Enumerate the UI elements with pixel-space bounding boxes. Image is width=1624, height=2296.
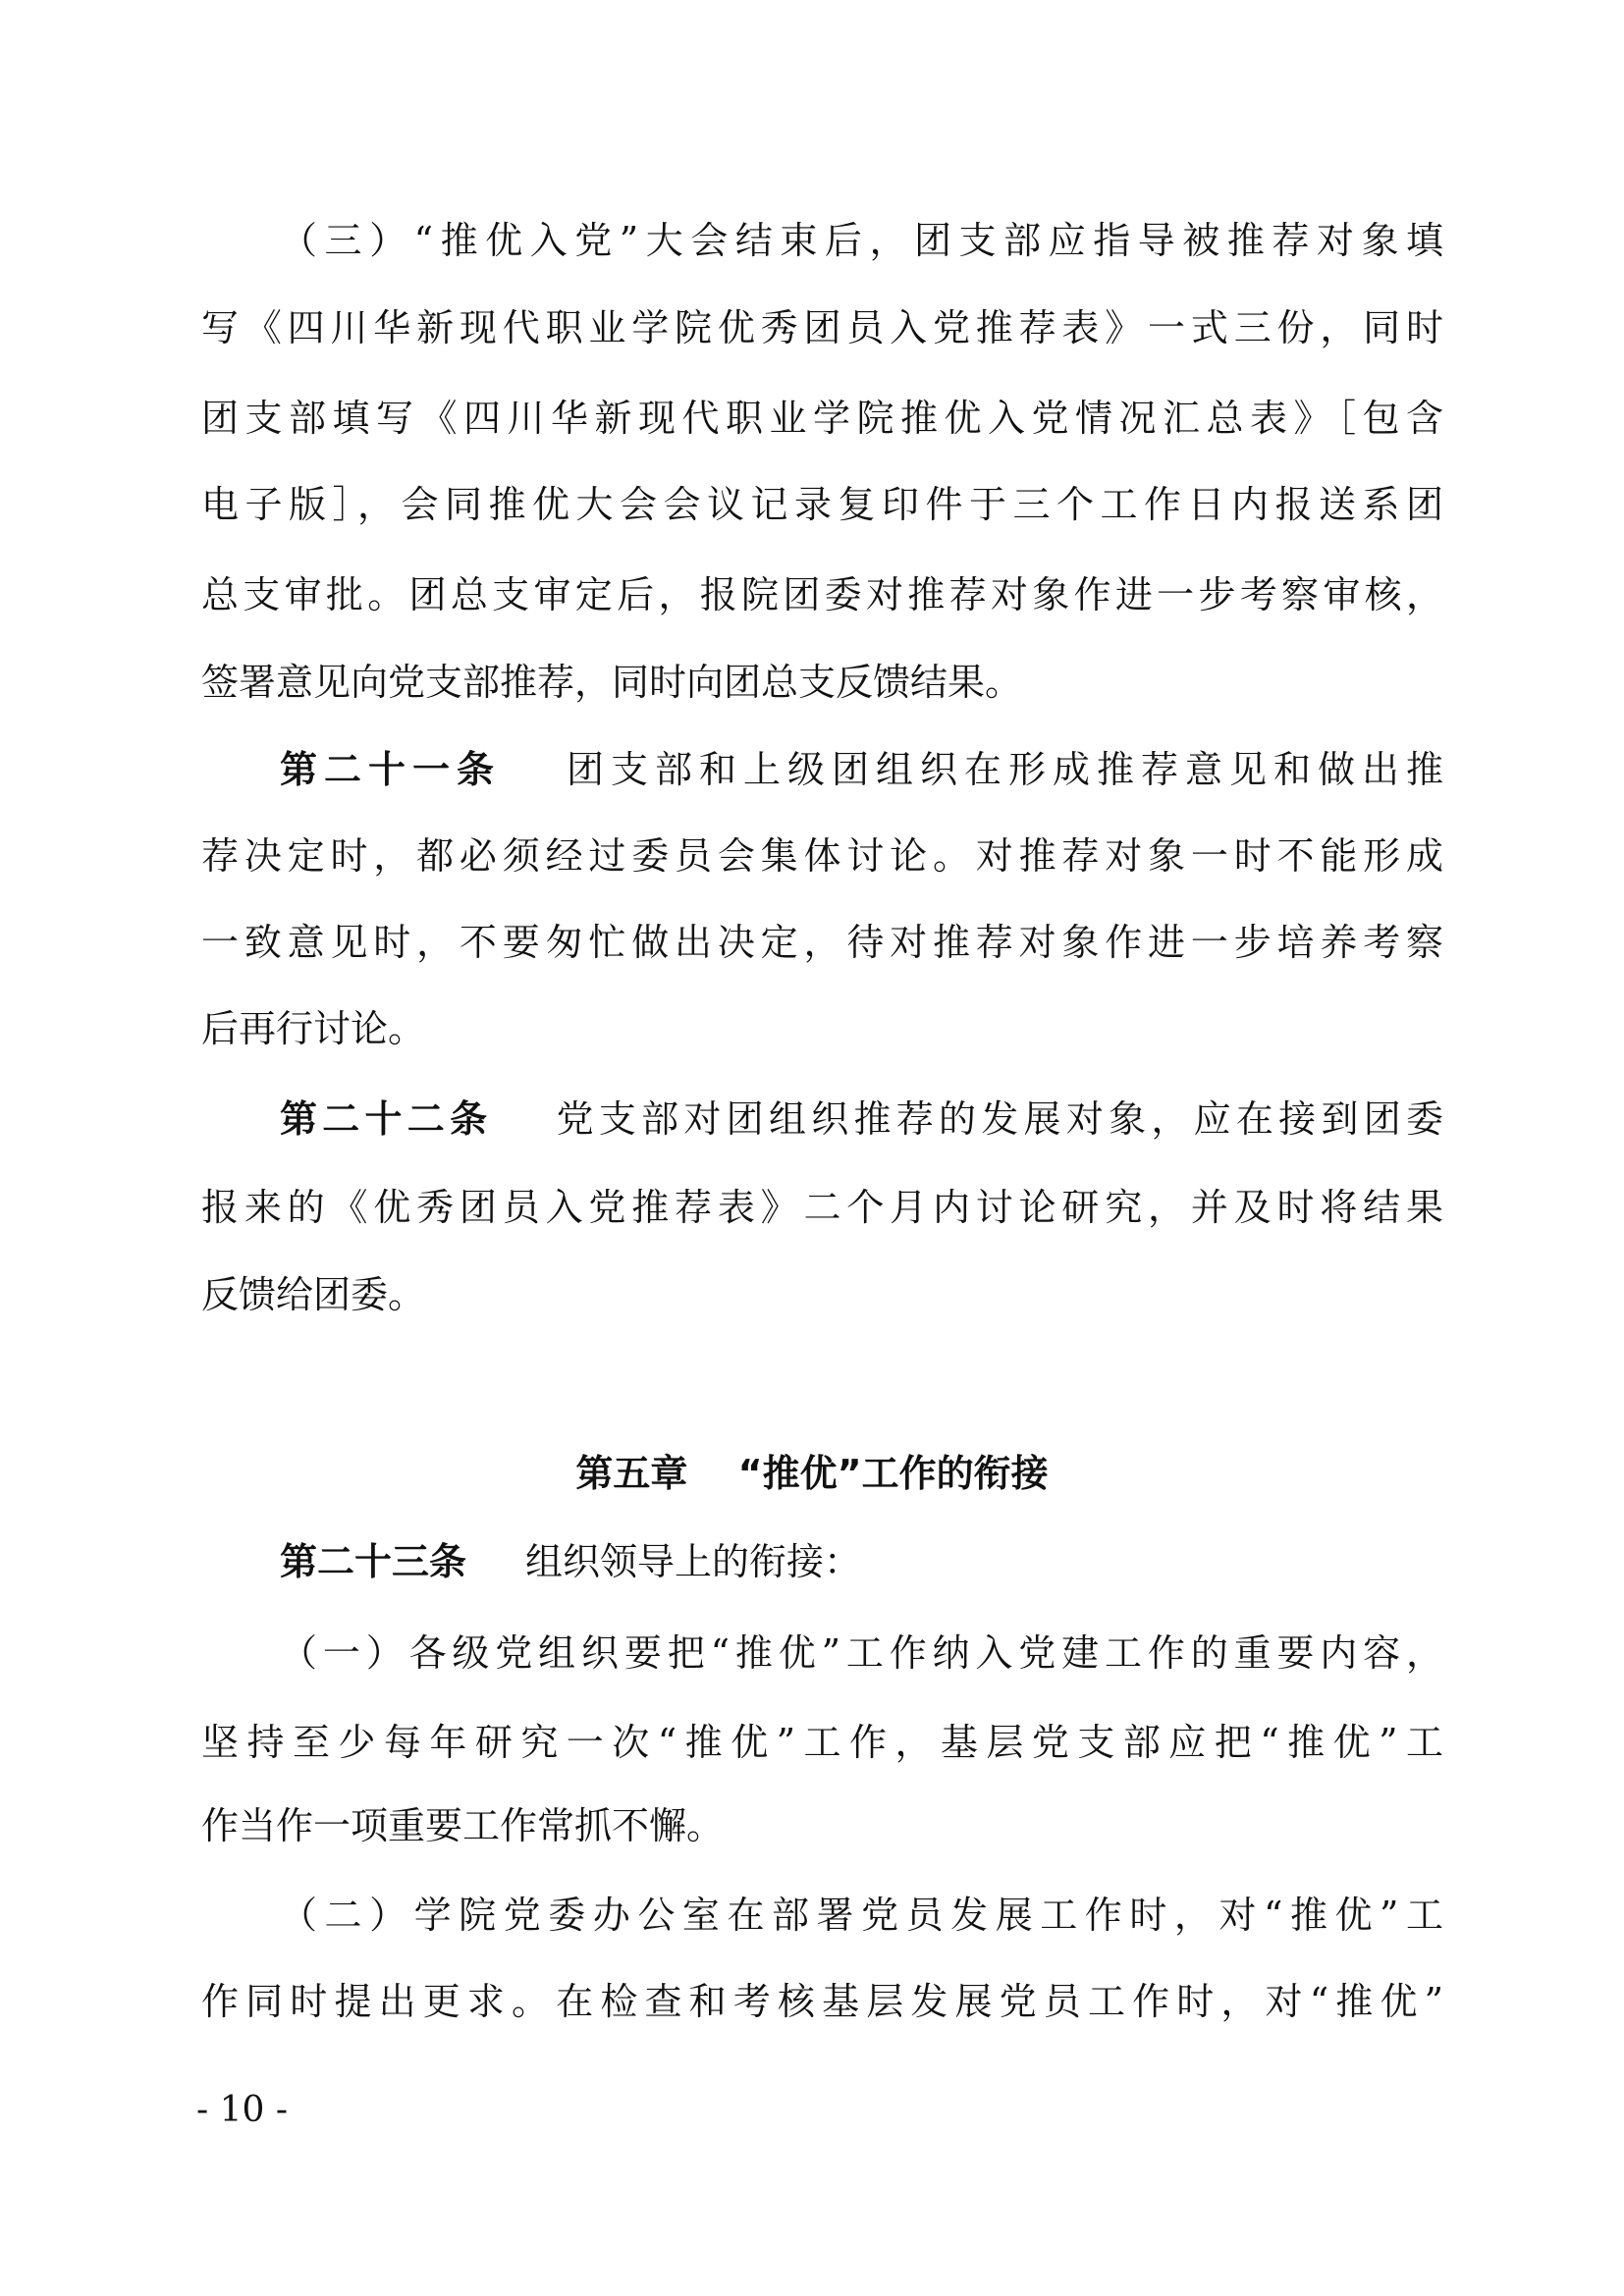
- paragraph-line: 报来的《优秀团员入党推荐表》二个月内讨论研究，并及时将结果: [201, 1186, 1443, 1229]
- article-22-label: 第二十二条: [280, 1097, 492, 1141]
- paragraph-line: 一致意见时，不要匆忙做出决定，待对推荐对象作进一步培养考察: [201, 921, 1443, 964]
- article-21-first-line: 第二十一条团支部和上级团组织在形成推荐意见和做出推: [280, 748, 1443, 791]
- paragraph-line: 写《四川华新现代职业学院优秀团员入党推荐表》一式三份，同时: [201, 306, 1443, 349]
- article-23-text: 组织领导上的衔接：: [525, 1540, 861, 1583]
- paragraph-line: 荐决定时，都必须经过委员会集体讨论。对推荐对象一时不能形成: [201, 834, 1443, 878]
- paragraph-line: 电子版］，会同推优大会会议记录复印件于三个工作日内报送系团: [201, 483, 1443, 526]
- paragraph-line: （二）学院党委办公室在部署党员发展工作时，对“推优”工: [280, 1894, 1443, 1937]
- article-21-label: 第二十一条: [280, 748, 501, 791]
- paragraph-line: 作当作一项重要工作常抓不懈。: [201, 1804, 1443, 1847]
- paragraph-line: 后再行讨论。: [201, 1007, 1443, 1050]
- paragraph-line: （一）各级党组织要把“推优”工作纳入党建工作的重要内容，: [280, 1631, 1443, 1675]
- paragraph-line: 作同时提出更求。在检查和考核基层发展党员工作时，对“推优”: [201, 1980, 1443, 2023]
- paragraph-line: 签署意见向党支部推荐，同时向团总支反馈结果。: [201, 661, 1443, 704]
- article-22-text: 党支部对团组织推荐的发展对象，应在接到团委: [551, 1097, 1443, 1141]
- article-23-first-line: 第二十三条组织领导上的衔接：: [280, 1540, 1443, 1583]
- chapter-heading: 第五章 “推优”工作的衔接: [0, 1452, 1624, 1495]
- article-23-label: 第二十三条: [280, 1540, 466, 1583]
- page-number: - 10 -: [196, 2089, 288, 2132]
- paragraph-line: 总支审批。团总支审定后，报院团委对推荐对象作进一步考察审核，: [201, 573, 1443, 616]
- paragraph-line: 反馈给团委。: [201, 1273, 1443, 1316]
- paragraph-line: （三）“推优入党”大会结束后，团支部应指导被推荐对象填: [280, 219, 1443, 262]
- article-22-first-line: 第二十二条党支部对团组织推荐的发展对象，应在接到团委: [280, 1097, 1443, 1141]
- paragraph-line: 坚持至少每年研究一次“推优”工作，基层党支部应把“推优”工: [201, 1721, 1443, 1764]
- article-21-text: 团支部和上级团组织在形成推荐意见和做出推: [560, 748, 1443, 791]
- paragraph-line: 团支部填写《四川华新现代职业学院推优入党情况汇总表》［包含: [201, 397, 1443, 440]
